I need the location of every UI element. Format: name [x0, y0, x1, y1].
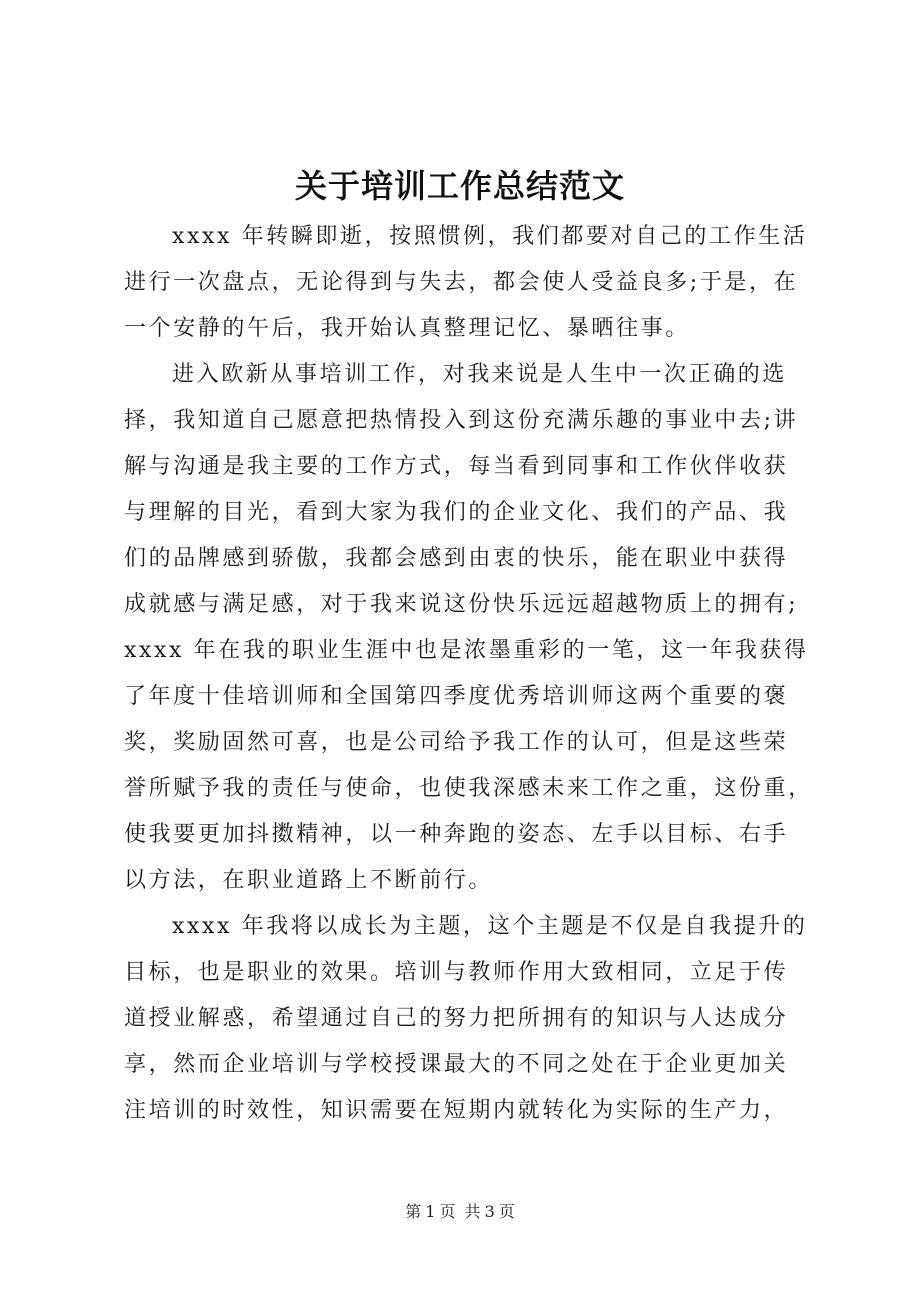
page-label-prefix: 第 — [405, 1202, 421, 1221]
paragraph-2-line: xxxx 年在我的职业生涯中也是浓墨重彩的一笔，这一年我获得 — [124, 628, 804, 674]
document-title: 关于培训工作总结范文 — [0, 164, 920, 208]
total-label-prefix: 共 — [465, 1202, 481, 1221]
paragraph-2-line: 奖，奖励固然可喜，也是公司给予我工作的认可，但是这些荣 — [124, 720, 804, 766]
page-label-suffix: 页 — [439, 1202, 455, 1221]
paragraph-2-line: 了年度十佳培训师和全国第四季度优秀培训师这两个重要的褒 — [124, 674, 804, 720]
paragraph-2-line: 与理解的目光，看到大家为我们的企业文化、我们的产品、我 — [124, 490, 804, 536]
paragraph-2-line: 以方法，在职业道路上不断前行。 — [124, 858, 804, 904]
paragraph-2-line: 择，我知道自己愿意把热情投入到这份充满乐趣的事业中去;讲 — [124, 398, 804, 444]
paragraph-2-line: 成就感与满足感，对于我来说这份快乐远远超越物质上的拥有; — [124, 582, 804, 628]
paragraph-3-line: 注培训的时效性，知识需要在短期内就转化为实际的生产力， — [124, 1088, 804, 1134]
page-number-footer: 第1页 共3页 — [0, 1200, 920, 1224]
paragraph-1-line: xxxx 年转瞬即逝，按照惯例，我们都要对自己的工作生活 — [124, 214, 804, 260]
paragraph-2-line: 使我要更加抖擞精神，以一种奔跑的姿态、左手以目标、右手 — [124, 812, 804, 858]
paragraph-1-line: 进行一次盘点，无论得到与失去，都会使人受益良多;于是，在 — [124, 260, 804, 306]
paragraph-3-line: 目标，也是职业的效果。培训与教师作用大致相同，立足于传 — [124, 950, 804, 996]
document-page: 关于培训工作总结范文 xxxx 年转瞬即逝，按照惯例，我们都要对自己的工作生活 … — [0, 0, 920, 1302]
paragraph-3-line: xxxx 年我将以成长为主题，这个主题是不仅是自我提升的 — [124, 904, 804, 950]
paragraph-2-line: 誉所赋予我的责任与使命，也使我深感未来工作之重，这份重， — [124, 766, 804, 812]
total-label-suffix: 页 — [499, 1202, 515, 1221]
paragraph-2-line: 们的品牌感到骄傲，我都会感到由衷的快乐，能在职业中获得 — [124, 536, 804, 582]
paragraph-3-line: 享，然而企业培训与学校授课最大的不同之处在于企业更加关 — [124, 1042, 804, 1088]
paragraph-1-line: 一个安静的午后，我开始认真整理记忆、暴晒往事。 — [124, 306, 804, 352]
paragraph-3-line: 道授业解惑，希望通过自己的努力把所拥有的知识与人达成分 — [124, 996, 804, 1042]
current-page-number: 1 — [425, 1202, 435, 1221]
document-body: xxxx 年转瞬即逝，按照惯例，我们都要对自己的工作生活 进行一次盘点，无论得到… — [124, 214, 804, 1134]
paragraph-2-line: 进入欧新从事培训工作，对我来说是人生中一次正确的选 — [124, 352, 804, 398]
total-pages-number: 3 — [485, 1202, 495, 1221]
paragraph-2-line: 解与沟通是我主要的工作方式，每当看到同事和工作伙伴收获 — [124, 444, 804, 490]
